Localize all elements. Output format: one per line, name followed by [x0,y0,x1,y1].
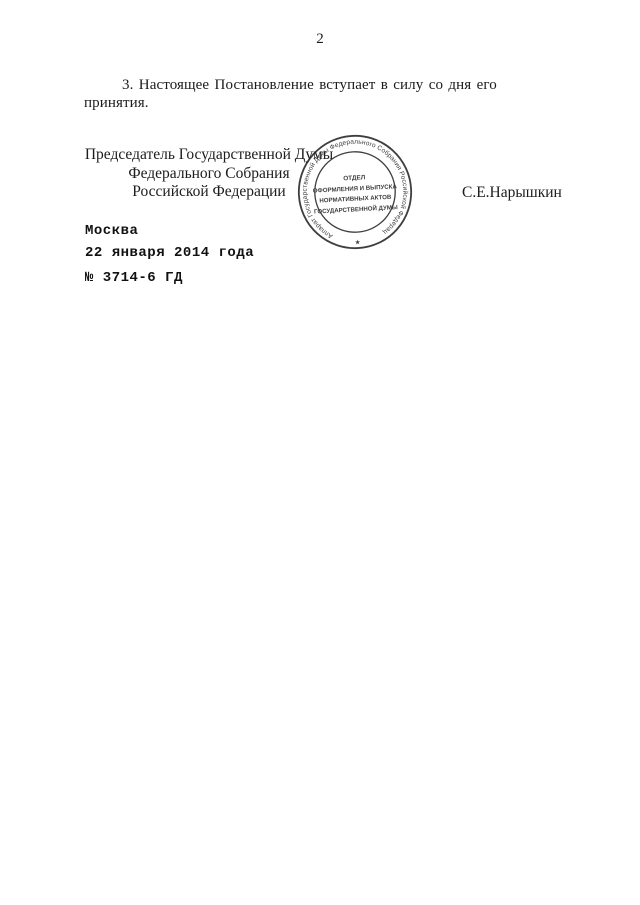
issuance-block: Москва 22 января 2014 года № 3714-6 ГД [85,220,254,289]
issuance-date: 22 января 2014 года [85,242,254,264]
page-number: 2 [0,31,640,48]
stamp-center-line-1: ОТДЕЛ [343,174,366,182]
document-number: № 3714-6 ГД [85,267,254,289]
signatory-name: С.Е.Нарышкин [462,184,582,202]
issuance-city: Москва [85,220,254,242]
stamp-seal-icon: Аппарат Государственной Думы Федеральног… [294,131,416,253]
stamp-center-line-3: НОРМАТИВНЫХ АКТОВ [319,194,392,205]
stamp-star-icon: ★ [354,238,360,246]
stamp-center-line-2: ОФОРМЛЕНИЯ И ВЫПУСКА [313,183,398,194]
official-stamp-icon: Аппарат Государственной Думы Федеральног… [294,131,416,253]
body-paragraph: 3. Настоящее Постановление вступает в си… [84,76,562,112]
document-page: 2 3. Настоящее Постановление вступает в … [0,0,640,905]
stamp-center-line-4: ГОСУДАРСТВЕННОЙ ДУМЫ [314,203,398,215]
